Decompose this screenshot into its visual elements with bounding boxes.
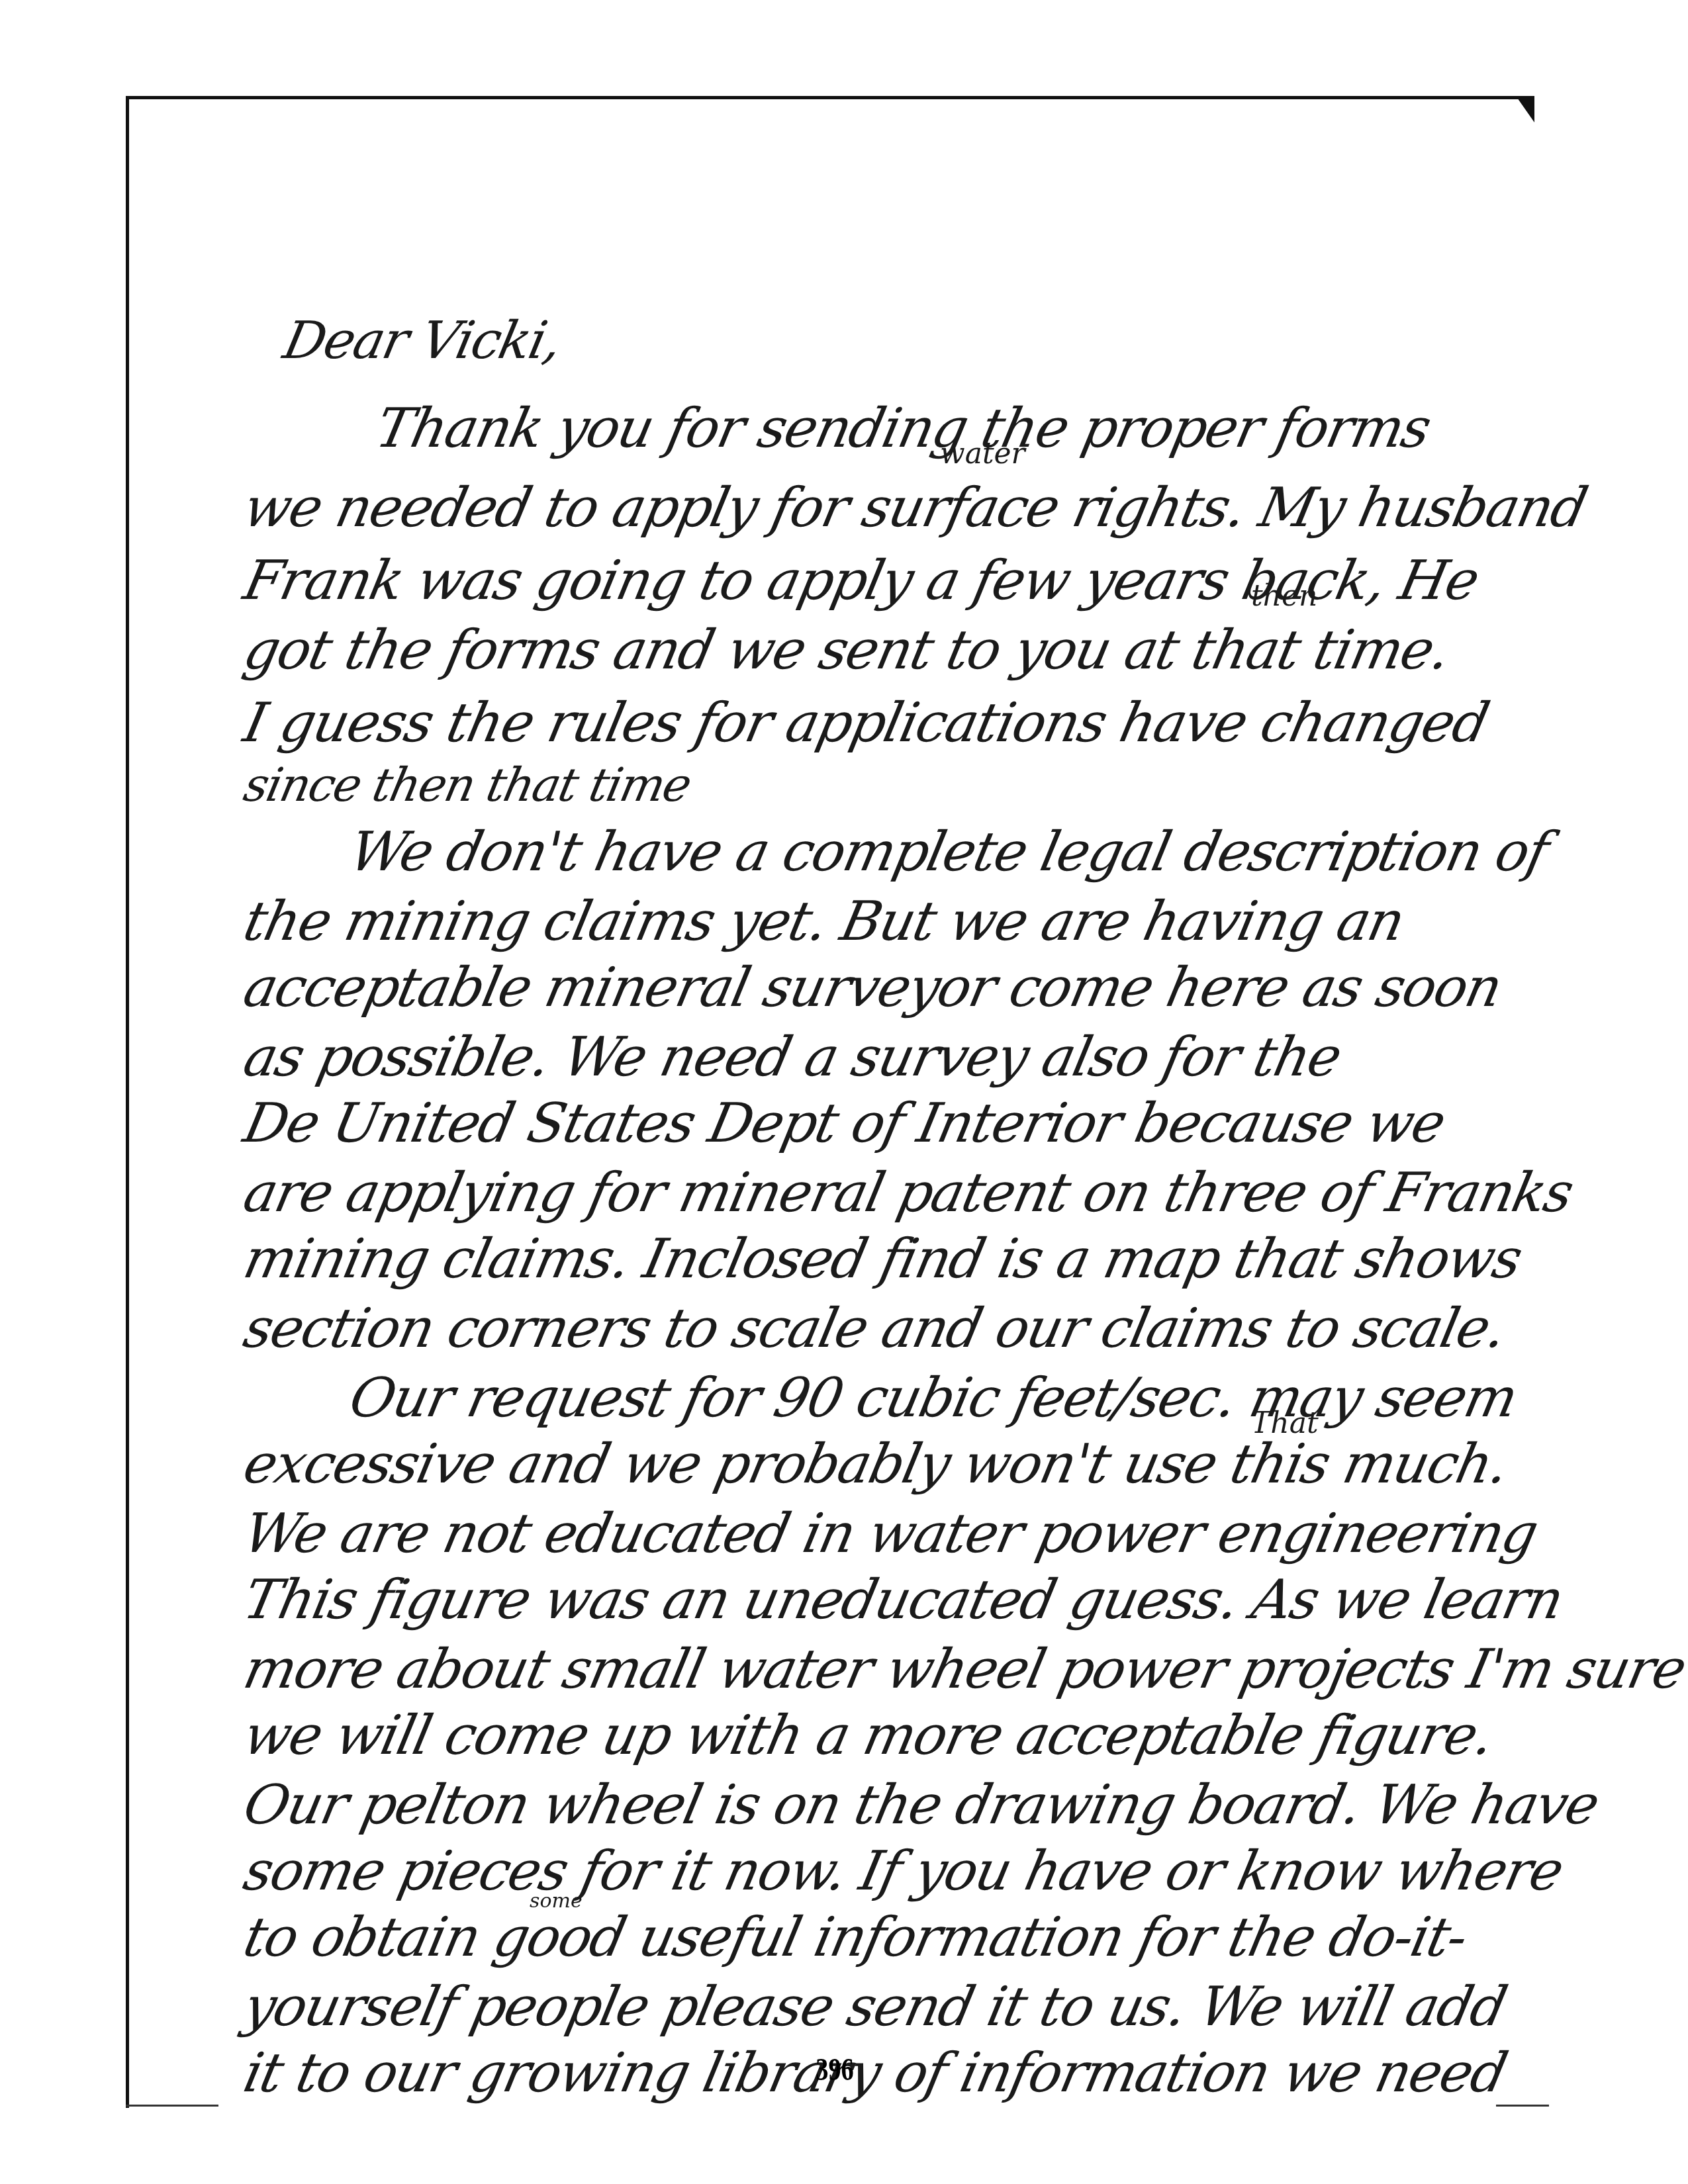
letter-line: it to our growing library of information… [238, 2042, 1512, 2105]
letter-line: the mining claims yet. But we are having… [238, 890, 1409, 953]
letter-line: we will come up with a more acceptable f… [238, 1704, 1499, 1767]
insertion-water: water [940, 437, 1025, 471]
insertion-then: then [1251, 579, 1317, 613]
letter-line: Thank you for sending the proper forms [371, 397, 1436, 460]
letter-line: We are not educated in water power engin… [238, 1502, 1542, 1565]
handwritten-letter: Dear Vicki, Thank you for sending the pr… [0, 0, 1688, 2184]
letter-line: Our pelton wheel is on the drawing board… [238, 1774, 1604, 1837]
letter-line: yourself people please send it to us. We… [238, 1976, 1511, 2038]
letter-line: as possible. We need a survey also for t… [238, 1026, 1346, 1089]
letter-line: I guess the rules for applications have … [238, 692, 1493, 754]
page-number: 396 [816, 2052, 854, 2088]
salutation: Dear Vicki, [278, 311, 566, 371]
letter-line: to obtain good useful information for th… [238, 1906, 1472, 1969]
letter-line: got the forms and we sent to you at that… [238, 619, 1455, 682]
letter-line: excessive and we probably won't use this… [238, 1433, 1513, 1496]
letter-line: some pieces for it now. If you have or k… [238, 1840, 1568, 1903]
letter-line: section corners to scale and our claims … [238, 1297, 1511, 1360]
letter-line: We don't have a complete legal descripti… [344, 821, 1554, 884]
letter-line: mining claims. Inclosed find is a map th… [238, 1228, 1526, 1291]
letter-line: are applying for mineral patent on three… [238, 1161, 1578, 1224]
letter-line: This figure was an uneducated guess. As … [238, 1569, 1568, 1631]
letter-line: we needed to apply for surface rights. M… [238, 477, 1592, 539]
letter-line: more about small water wheel power proje… [238, 1638, 1688, 1701]
letter-line: Our request for 90 cubic feet/sec. may s… [344, 1367, 1523, 1430]
letter-line: De United States Dept of Interior becaus… [238, 1092, 1450, 1155]
letter-line: since then that time [239, 758, 695, 812]
letter-line: acceptable mineral surveyor come here as… [238, 956, 1507, 1019]
